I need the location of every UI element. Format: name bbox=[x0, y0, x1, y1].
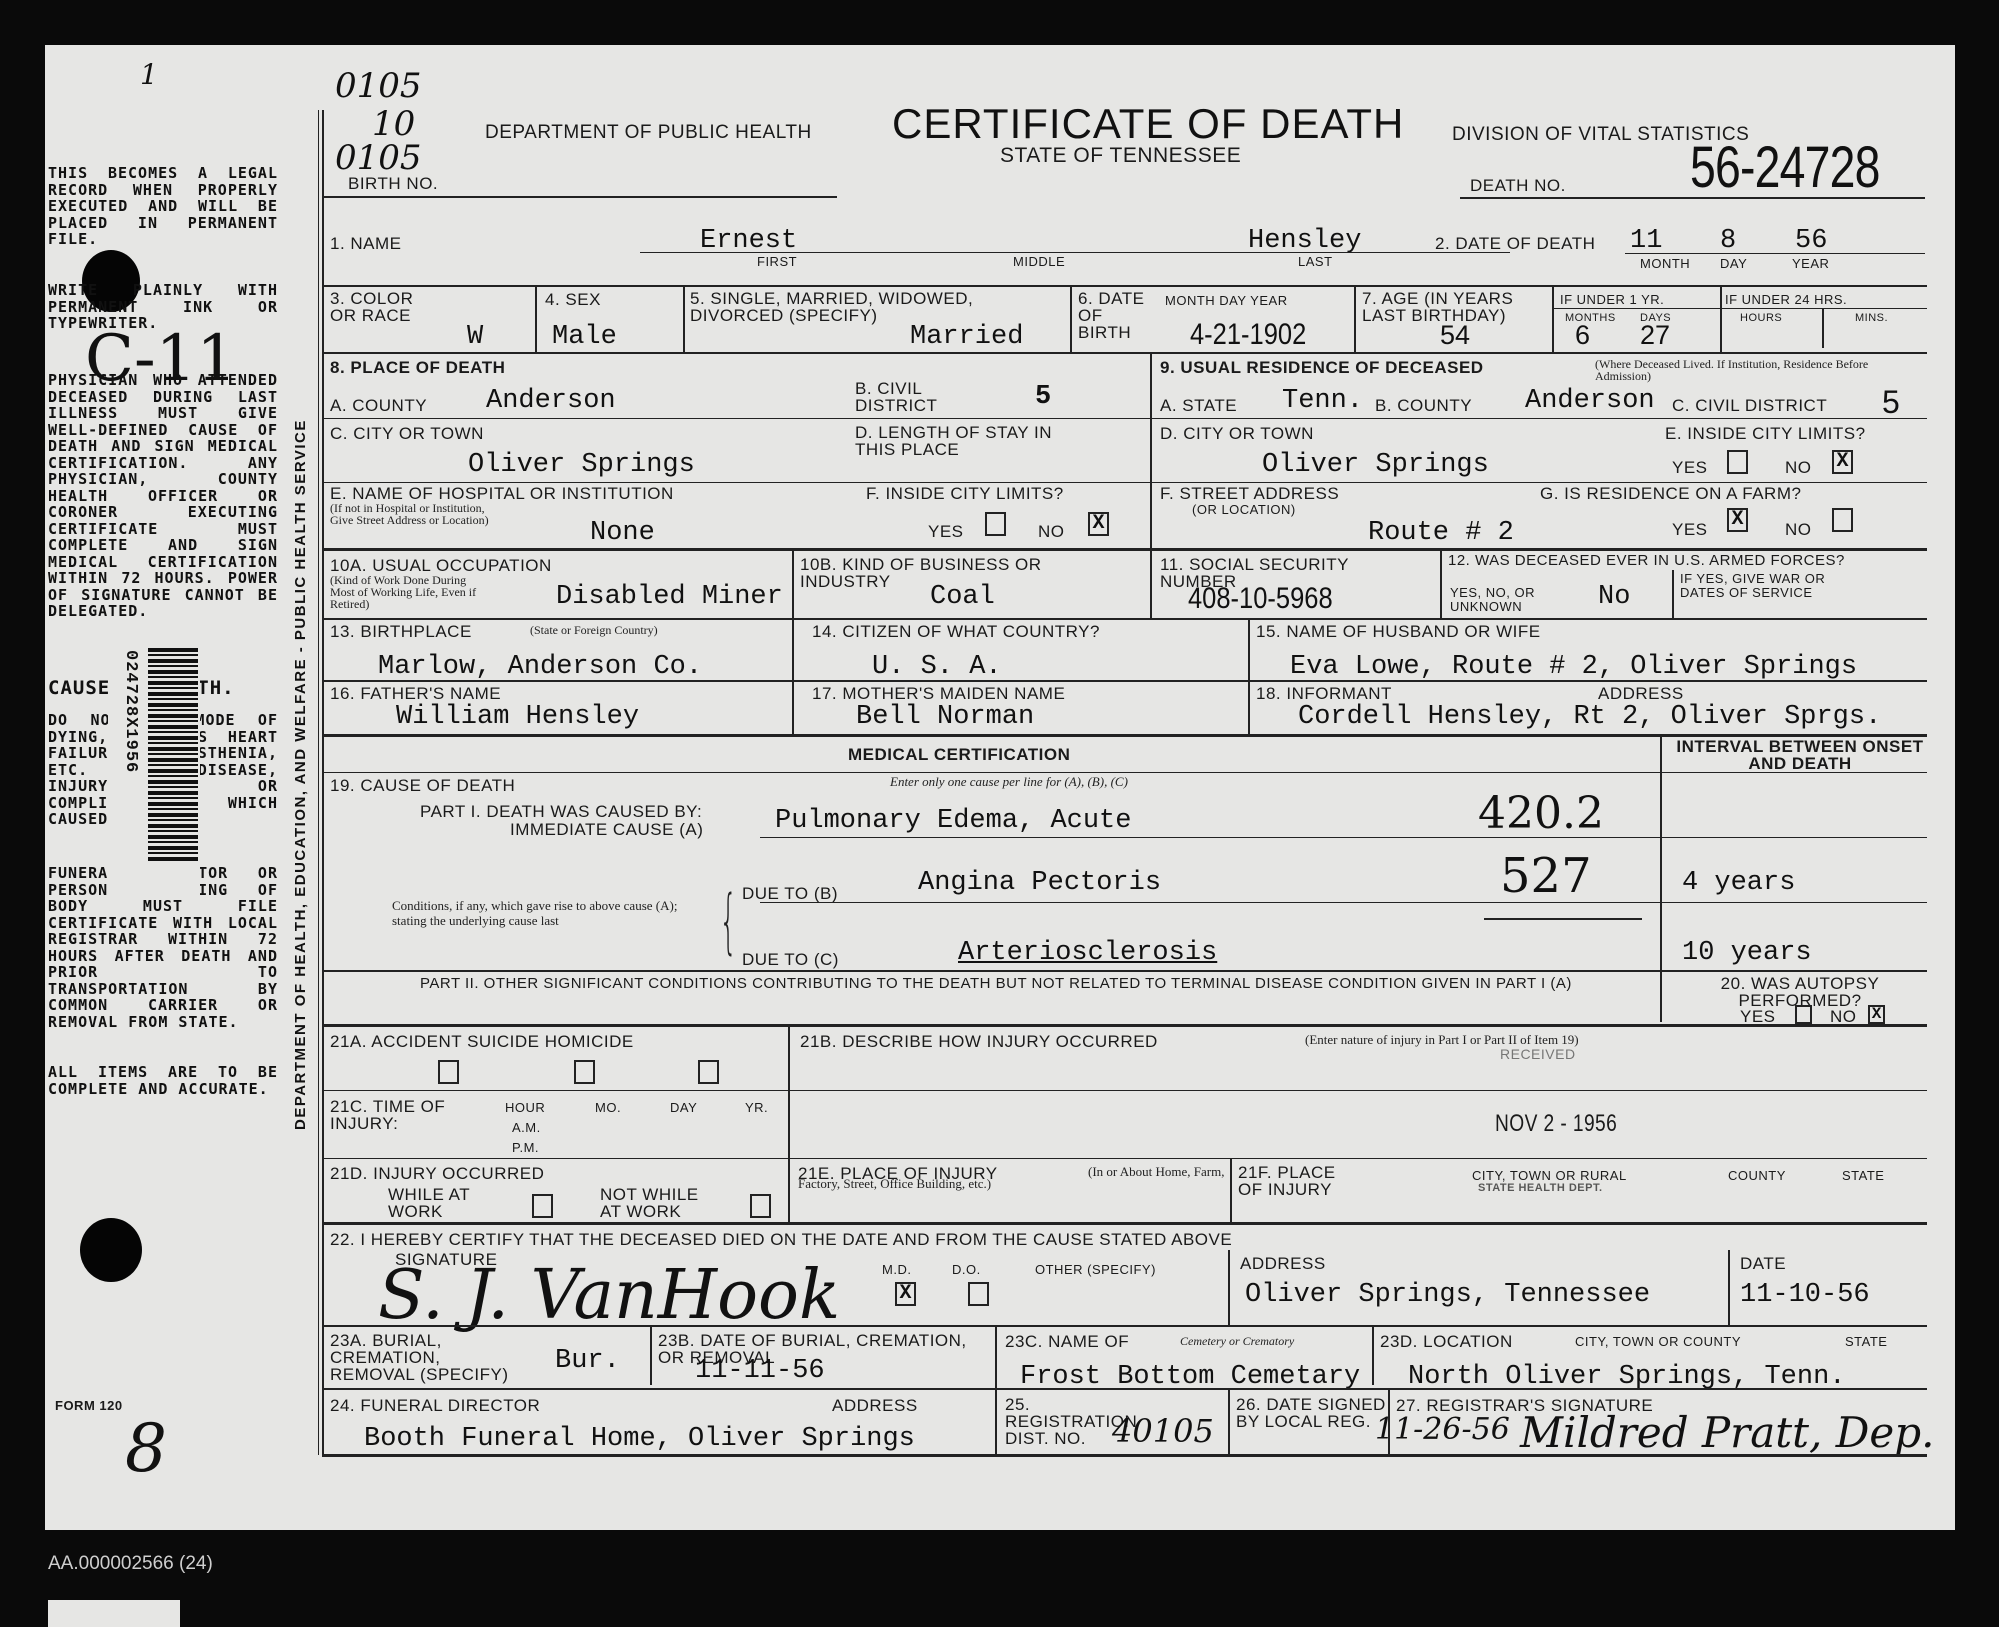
res-city-value: Oliver Springs bbox=[1262, 450, 1489, 480]
due-to-c-label: DUE TO (C) bbox=[742, 950, 839, 970]
injury-occurred-label: 21D. INJURY OCCURRED bbox=[330, 1164, 544, 1184]
enter-note: Enter only one cause per line for (A), (… bbox=[890, 776, 1128, 788]
yr-label: YR. bbox=[745, 1100, 768, 1115]
hospital-note: (If not in Hospital or Institution, Give… bbox=[330, 502, 490, 526]
war-service-label: IF YES, GIVE WAR OR DATES OF SERVICE bbox=[1680, 572, 1840, 600]
res-inside-limits-label: E. INSIDE CITY LIMITS? bbox=[1665, 424, 1866, 444]
interval-label: INTERVAL BETWEEN ONSET AND DEATH bbox=[1675, 738, 1925, 772]
cert-address-label: ADDRESS bbox=[1240, 1254, 1326, 1274]
under-1yr-label: IF UNDER 1 YR. bbox=[1560, 292, 1664, 307]
informant-value: Cordell Hensley, Rt 2, Oliver Sprgs. bbox=[1298, 702, 1881, 732]
autopsy-label: 20. WAS AUTOPSY PERFORMED? bbox=[1690, 975, 1910, 1009]
corner-mark: 1 bbox=[140, 58, 158, 91]
cert-address-value: Oliver Springs, Tennessee bbox=[1245, 1280, 1650, 1310]
received-date-stamp: NOV 2 - 1956 bbox=[1495, 1110, 1617, 1138]
brace: { bbox=[719, 880, 737, 962]
md-label: M.D. bbox=[882, 1262, 911, 1277]
burial-method-value: Bur. bbox=[555, 1346, 620, 1376]
due-to-b-label: DUE TO (B) bbox=[742, 884, 838, 904]
do-checkbox[interactable] bbox=[968, 1282, 989, 1306]
certify-statement: 22. I HEREBY CERTIFY THAT THE DECEASED D… bbox=[330, 1230, 1232, 1250]
inside-limits-no-checkbox[interactable]: X bbox=[1088, 512, 1109, 536]
res-inside-no-checkbox[interactable]: X bbox=[1832, 450, 1853, 474]
physician-instructions: PHYSICIAN WHO ATTENDED DECEASED DURING L… bbox=[48, 372, 278, 620]
res-district-label: C. CIVIL DISTRICT bbox=[1672, 396, 1827, 416]
barcode bbox=[148, 648, 198, 863]
sex-value: Male bbox=[552, 322, 617, 352]
location-sub-label: CITY, TOWN OR COUNTY bbox=[1575, 1334, 1741, 1349]
yes-label: YES bbox=[1672, 458, 1708, 478]
death-year: 56 bbox=[1795, 226, 1827, 256]
cert-date-label: DATE bbox=[1740, 1254, 1786, 1274]
place-of-death-label: 8. PLACE OF DEATH bbox=[330, 358, 505, 378]
mo-label: MO. bbox=[595, 1100, 621, 1115]
age-value: 54 bbox=[1440, 320, 1470, 351]
armed-sub-label: YES, NO, OR UNKNOWN bbox=[1450, 586, 1590, 614]
not-while-at-work-checkbox[interactable] bbox=[750, 1194, 771, 1218]
autopsy-no-checkbox[interactable]: X bbox=[1868, 1005, 1885, 1024]
res-state-value: Tenn. bbox=[1282, 386, 1363, 416]
residence-label: 9. USUAL RESIDENCE OF DECEASED bbox=[1160, 358, 1484, 378]
hour-label: HOUR bbox=[505, 1100, 545, 1115]
occupation-value: Disabled Miner bbox=[556, 582, 783, 612]
marital-label: 5. SINGLE, MARRIED, WIDOWED, DIVORCED (S… bbox=[690, 290, 1070, 324]
birthplace-value: Marlow, Anderson Co. bbox=[378, 652, 702, 682]
state-subtitle: STATE OF TENNESSEE bbox=[1000, 144, 1241, 168]
res-district-value: 5 bbox=[1882, 384, 1900, 421]
burial-date-value: 11-11-56 bbox=[695, 1356, 825, 1386]
homicide-checkbox[interactable] bbox=[698, 1060, 719, 1084]
date-signed-value: 11-26-56 bbox=[1375, 1412, 1510, 1447]
handwritten-number: 0105 bbox=[335, 66, 422, 106]
death-number: 56-24728 bbox=[1690, 134, 1880, 201]
funeral-address-label: ADDRESS bbox=[832, 1396, 918, 1416]
birthplace-note: (State or Foreign Country) bbox=[530, 624, 658, 636]
no-label: NO bbox=[1785, 520, 1812, 540]
hospital-value: None bbox=[590, 518, 655, 548]
death-month: 11 bbox=[1630, 226, 1662, 256]
injury-type-label: 21A. ACCIDENT SUICIDE HOMICIDE bbox=[330, 1032, 634, 1052]
mins-label: MINS. bbox=[1855, 312, 1888, 324]
all-items-note: ALL ITEMS ARE TO BE COMPLETE AND ACCURAT… bbox=[48, 1064, 278, 1097]
informant-address-label: ADDRESS bbox=[1598, 684, 1684, 704]
citizen-label: 14. CITIZEN OF WHAT COUNTRY? bbox=[812, 622, 1100, 642]
place-note: (In or About Home, Farm, Factory, Street… bbox=[798, 1166, 1228, 1190]
day-label: DAY bbox=[1720, 256, 1747, 271]
middle-label: MIDDLE bbox=[1013, 254, 1065, 269]
father-value: William Hensley bbox=[396, 702, 639, 732]
while-at-work-label: WHILE AT WORK bbox=[388, 1186, 478, 1220]
inside-limits-label: F. INSIDE CITY LIMITS? bbox=[866, 484, 1064, 504]
name-label: 1. NAME bbox=[330, 234, 402, 254]
business-value: Coal bbox=[930, 582, 995, 612]
armed-forces-label: 12. WAS DECEASED EVER IN U.S. ARMED FORC… bbox=[1448, 552, 1845, 569]
cert-date-value: 11-10-56 bbox=[1740, 1280, 1870, 1310]
yes-label: YES bbox=[928, 522, 964, 542]
while-at-work-checkbox[interactable] bbox=[532, 1194, 553, 1218]
street-label: F. STREET ADDRESS bbox=[1160, 484, 1339, 504]
citizen-value: U. S. A. bbox=[872, 652, 1002, 682]
color-label: 3. COLOR OR RACE bbox=[330, 290, 440, 324]
res-state-label: A. STATE bbox=[1160, 396, 1237, 416]
barcode-sticker: 024728X1956 bbox=[108, 620, 200, 895]
days-value: 27 bbox=[1640, 320, 1670, 351]
physician-signature: S. J. VanHook bbox=[378, 1256, 840, 1335]
month-label: MONTH bbox=[1640, 256, 1690, 271]
spouse-value: Eva Lowe, Route # 2, Oliver Springs bbox=[1290, 652, 1857, 682]
handwritten-mark: 8 bbox=[125, 1410, 167, 1487]
do-label: D.O. bbox=[952, 1262, 981, 1277]
handwritten-number: 0105 bbox=[335, 138, 422, 178]
res-county-value: Anderson bbox=[1525, 386, 1655, 416]
year-label: YEAR bbox=[1792, 256, 1829, 271]
interval-c-value: 10 years bbox=[1682, 938, 1812, 968]
other-specify-label: OTHER (SPECIFY) bbox=[1035, 1262, 1156, 1277]
city-value: Oliver Springs bbox=[468, 450, 695, 480]
pm-label: P.M. bbox=[512, 1140, 539, 1155]
street-sub-label: (OR LOCATION) bbox=[1192, 502, 1296, 517]
cause-b-code: 527 bbox=[1500, 848, 1592, 904]
farm-no-checkbox[interactable] bbox=[1832, 508, 1853, 532]
place-f-label: 21F. PLACE OF INJURY bbox=[1238, 1164, 1338, 1198]
form-number: FORM 120 bbox=[55, 1398, 123, 1413]
birthplace-label: 13. BIRTHPLACE bbox=[330, 622, 472, 642]
occupation-note: (Kind of Work Done During Most of Workin… bbox=[330, 574, 490, 610]
location-state-label: STATE bbox=[1845, 1334, 1887, 1349]
md-checkbox[interactable]: X bbox=[895, 1282, 916, 1306]
length-of-stay-label: D. LENGTH OF STAY IN THIS PLACE bbox=[855, 424, 1085, 458]
location-label: 23D. LOCATION bbox=[1380, 1332, 1513, 1352]
dob-value: 4-21-1902 bbox=[1190, 318, 1306, 352]
accident-checkbox[interactable] bbox=[438, 1060, 459, 1084]
spouse-label: 15. NAME OF HUSBAND OR WIFE bbox=[1256, 622, 1541, 642]
birth-no-label: BIRTH NO. bbox=[348, 174, 438, 194]
part2-label: PART II. OTHER SIGNIFICANT CONDITIONS CO… bbox=[420, 975, 1620, 992]
autopsy-yes-checkbox[interactable] bbox=[1795, 1005, 1812, 1024]
farm-yes-checkbox[interactable]: X bbox=[1727, 508, 1748, 532]
registration-dist-value: 40105 bbox=[1112, 1412, 1214, 1450]
city-town-rural-label: CITY, TOWN OR RURAL bbox=[1472, 1168, 1627, 1183]
part1-label: PART I. DEATH WAS CAUSED BY: bbox=[420, 802, 702, 822]
color-value: W bbox=[467, 322, 483, 352]
civil-district-label: B. CIVIL DISTRICT bbox=[855, 380, 985, 414]
res-inside-yes-checkbox[interactable] bbox=[1727, 450, 1748, 474]
archive-id: AA.000002566 (24) bbox=[48, 1553, 213, 1575]
am-label: A.M. bbox=[512, 1120, 541, 1135]
burial-method-label: 23A. BURIAL, CREMATION, REMOVAL (SPECIFY… bbox=[330, 1332, 530, 1383]
cause-a-code: 420.2 bbox=[1478, 788, 1604, 839]
funeral-director-value: Booth Funeral Home, Oliver Springs bbox=[364, 1424, 915, 1454]
punch-hole bbox=[80, 1218, 142, 1282]
conditions-note: Conditions, if any, which gave rise to a… bbox=[392, 898, 692, 928]
street-value: Route # 2 bbox=[1368, 518, 1514, 548]
describe-injury-label: 21B. DESCRIBE HOW INJURY OCCURRED bbox=[800, 1032, 1158, 1052]
months-value: 6 bbox=[1575, 320, 1590, 351]
first-label: FIRST bbox=[757, 254, 797, 269]
sex-label: 4. SEX bbox=[545, 290, 601, 310]
date-of-death-label: 2. DATE OF DEATH bbox=[1435, 234, 1595, 254]
farm-label: G. IS RESIDENCE ON A FARM? bbox=[1540, 484, 1801, 504]
no-label: NO bbox=[1038, 522, 1065, 542]
death-no-label: DEATH NO. bbox=[1470, 176, 1566, 196]
res-county-label: B. COUNTY bbox=[1375, 396, 1472, 416]
informant-label: 18. INFORMANT bbox=[1256, 684, 1392, 704]
time-of-injury-label: 21C. TIME OF INJURY: bbox=[330, 1098, 450, 1132]
hours-label: HOURS bbox=[1740, 312, 1782, 324]
civil-district-value: 5 bbox=[1035, 382, 1051, 412]
form-left-border bbox=[322, 110, 324, 1455]
armed-forces-value: No bbox=[1598, 582, 1630, 612]
inj-day-label: DAY bbox=[670, 1100, 697, 1115]
funeral-director-label: 24. FUNERAL DIRECTOR bbox=[330, 1396, 540, 1416]
res-city-label: D. CITY OR TOWN bbox=[1160, 424, 1314, 444]
footer-swatch bbox=[48, 1600, 180, 1627]
no-label: NO bbox=[1785, 458, 1812, 478]
not-while-at-work-label: NOT WHILE AT WORK bbox=[600, 1186, 700, 1220]
state-health-stamp: STATE HEALTH DEPT. bbox=[1478, 1182, 1603, 1194]
mother-value: Bell Norman bbox=[856, 702, 1034, 732]
residence-note: (Where Deceased Lived. If Institution, R… bbox=[1595, 358, 1905, 382]
medical-certification-title: MEDICAL CERTIFICATION bbox=[848, 745, 1070, 765]
county-label: A. COUNTY bbox=[330, 396, 427, 416]
city-label: C. CITY OR TOWN bbox=[330, 424, 484, 444]
dob-sub-label: MONTH DAY YEAR bbox=[1165, 293, 1288, 308]
legal-record-note: THIS BECOMES A LEGAL RECORD WHEN PROPERL… bbox=[48, 165, 278, 248]
under-24hrs-label: IF UNDER 24 HRS. bbox=[1725, 292, 1847, 307]
ssn-value: 408-10-5968 bbox=[1188, 582, 1333, 616]
barcode-number: 024728X1956 bbox=[121, 650, 140, 773]
months-label: MONTHS bbox=[1565, 312, 1616, 324]
dob-label: 6. DATE OF BIRTH bbox=[1078, 290, 1148, 341]
immediate-cause-label: IMMEDIATE CAUSE (A) bbox=[510, 820, 703, 840]
last-label: LAST bbox=[1298, 254, 1333, 269]
inj-county-label: COUNTY bbox=[1728, 1168, 1786, 1183]
cemetery-label: 23C. NAME OF bbox=[1005, 1332, 1129, 1352]
county-value: Anderson bbox=[486, 386, 616, 416]
suicide-checkbox[interactable] bbox=[574, 1060, 595, 1084]
cause-c-value: Arteriosclerosis bbox=[958, 938, 1217, 968]
inj-state-label: STATE bbox=[1842, 1168, 1884, 1183]
certificate-title: CERTIFICATE OF DEATH bbox=[892, 100, 1404, 148]
registrar-signature: Mildred Pratt, Dep. bbox=[1520, 1408, 1935, 1457]
age-label: 7. AGE (IN YEARS LAST BIRTHDAY) bbox=[1362, 290, 1552, 324]
department-title: DEPARTMENT OF PUBLIC HEALTH bbox=[485, 122, 812, 144]
cause-a-value: Pulmonary Edema, Acute bbox=[775, 806, 1131, 836]
mother-label: 17. MOTHER'S MAIDEN NAME bbox=[812, 684, 1065, 704]
vertical-agency-text: DEPARTMENT OF HEALTH, EDUCATION, AND WEL… bbox=[292, 419, 309, 1130]
describe-note: (Enter nature of injury in Part I or Par… bbox=[1305, 1034, 1579, 1046]
cause-b-value: Angina Pectoris bbox=[918, 868, 1161, 898]
death-day: 8 bbox=[1720, 226, 1736, 256]
marital-value: Married bbox=[910, 322, 1023, 352]
cemetery-note: Cemetery or Crematory bbox=[1180, 1335, 1294, 1347]
cause-of-death-label: 19. CAUSE OF DEATH bbox=[330, 776, 515, 796]
yes-label: YES bbox=[1672, 520, 1708, 540]
interval-b-value: 4 years bbox=[1682, 868, 1795, 898]
inside-limits-yes-checkbox[interactable] bbox=[985, 512, 1006, 536]
father-label: 16. FATHER'S NAME bbox=[330, 684, 501, 704]
received-stamp: RECEIVED bbox=[1500, 1046, 1576, 1062]
